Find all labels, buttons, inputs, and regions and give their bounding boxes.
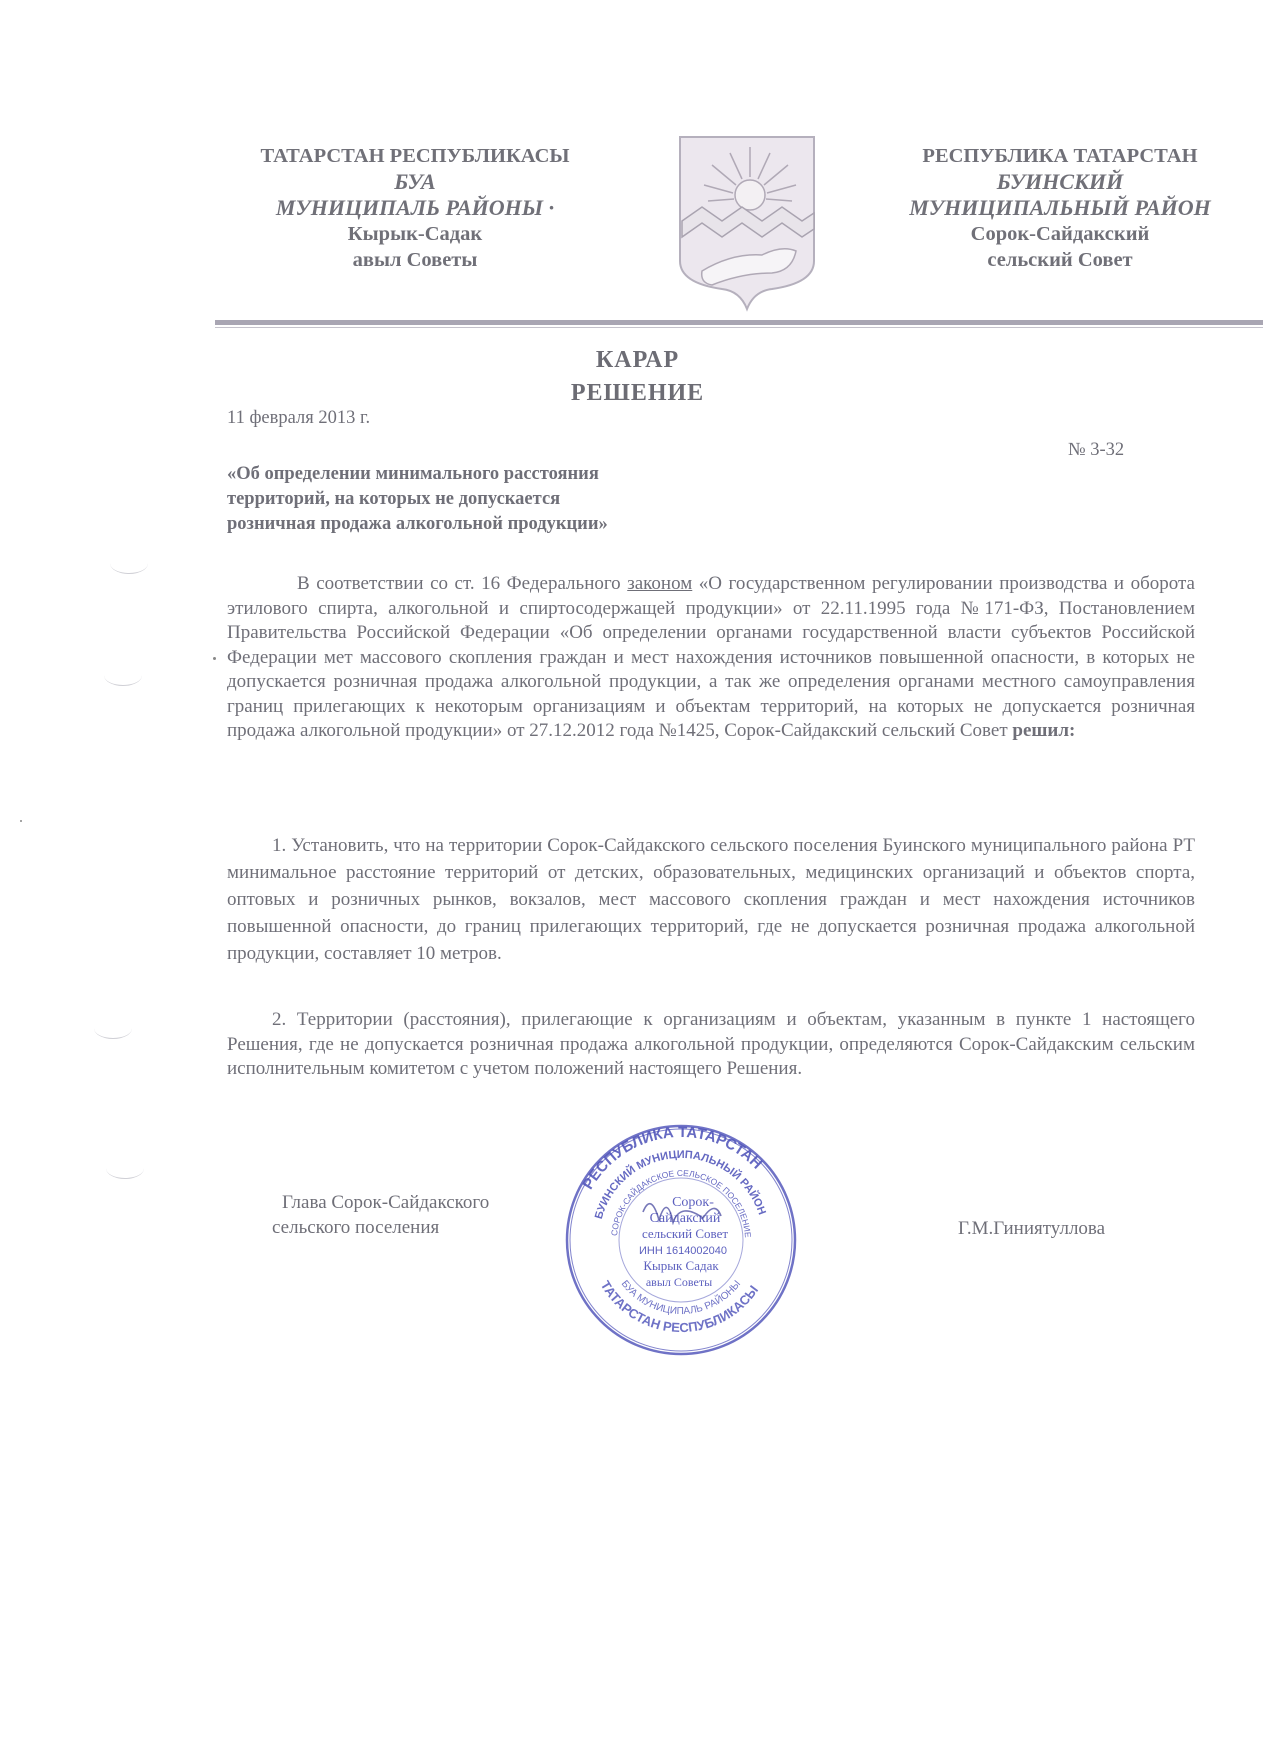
stamp-center-line: ИНН 1614002040 bbox=[639, 1245, 727, 1257]
title-tatar: КАРАР bbox=[0, 347, 1275, 374]
document-date: 11 февраля 2013 г. bbox=[227, 408, 370, 429]
signatory-position-line2: сельского поселения bbox=[272, 1215, 489, 1240]
decided-label: решил: bbox=[1012, 720, 1075, 741]
preamble-paragraph: В соответствии со ст. 16 Федерального за… bbox=[227, 572, 1195, 744]
header-russian-line4: Сорок-Сайдакский bbox=[880, 221, 1240, 247]
official-stamp: РЕСПУБЛИКА ТАТАРСТАН ТАТАРСТАН РЕСПУБЛИК… bbox=[563, 1122, 799, 1358]
preamble-text: В соответствии со ст. 16 Федерального bbox=[297, 573, 627, 594]
header-tatar-line2: БУА bbox=[255, 169, 575, 195]
signatory-position-line1: Глава Сорок-Сайдакского bbox=[282, 1190, 489, 1215]
coat-of-arms-icon bbox=[672, 133, 822, 313]
punch-hole-mark bbox=[94, 1018, 132, 1039]
scan-speck bbox=[213, 657, 216, 660]
subject-line: территорий, на которых не допускается bbox=[227, 487, 747, 512]
subject-line: «Об определении минимального расстояния bbox=[227, 462, 747, 487]
document-subject: «Об определении минимального расстояния … bbox=[227, 462, 747, 537]
header-divider-thin bbox=[215, 327, 1263, 328]
punch-hole-mark bbox=[104, 665, 142, 686]
header-russian-block: РЕСПУБЛИКА ТАТАРСТАН БУИНСКИЙ МУНИЦИПАЛЬ… bbox=[880, 143, 1240, 273]
header-tatar-line5: авыл Советы bbox=[255, 247, 575, 273]
header-russian-line2: БУИНСКИЙ bbox=[880, 169, 1240, 195]
decision-item-2: 2. Территории (расстояния), прилегающие … bbox=[227, 1008, 1195, 1082]
document-number: № 3-32 bbox=[1068, 440, 1124, 461]
header-russian-line5: сельский Совет bbox=[880, 247, 1240, 273]
header-divider bbox=[215, 320, 1263, 325]
preamble-text: «О государственном регулировании произво… bbox=[227, 573, 1195, 741]
stamp-center-line: Кырык Садак bbox=[643, 1258, 719, 1273]
title-russian: РЕШЕНИЕ bbox=[0, 380, 1275, 407]
header-tatar-line1: ТАТАРСТАН РЕСПУБЛИКАСЫ bbox=[255, 143, 575, 169]
subject-line: розничная продажа алкогольной продукции» bbox=[227, 512, 747, 537]
signatory-name: Г.М.Гиниятуллова bbox=[958, 1218, 1105, 1240]
punch-hole-mark bbox=[106, 1158, 144, 1179]
header-tatar-line4: Кырык-Садак bbox=[255, 221, 575, 247]
decision-item-1: 1. Установить, что на территории Сорок-С… bbox=[227, 832, 1195, 967]
header-tatar-block: ТАТАРСТАН РЕСПУБЛИКАСЫ БУА МУНИЦИПАЛЬ РА… bbox=[255, 143, 575, 273]
header-tatar-line3: МУНИЦИПАЛЬ РАЙОНЫ · bbox=[255, 195, 575, 221]
stamp-center-line: сельский Совет bbox=[642, 1226, 728, 1241]
scan-speck bbox=[20, 820, 22, 822]
stamp-center-line: авыл Советы bbox=[646, 1275, 712, 1289]
punch-hole-mark bbox=[110, 553, 148, 574]
law-link[interactable]: законом bbox=[627, 573, 692, 594]
header-russian-line1: РЕСПУБЛИКА ТАТАРСТАН bbox=[880, 143, 1240, 169]
signatory-position: Глава Сорок-Сайдакского сельского поселе… bbox=[282, 1190, 489, 1240]
header-russian-line3: МУНИЦИПАЛЬНЫЙ РАЙОН bbox=[880, 195, 1240, 221]
stamp-center-line: Сорок- bbox=[672, 1195, 714, 1210]
